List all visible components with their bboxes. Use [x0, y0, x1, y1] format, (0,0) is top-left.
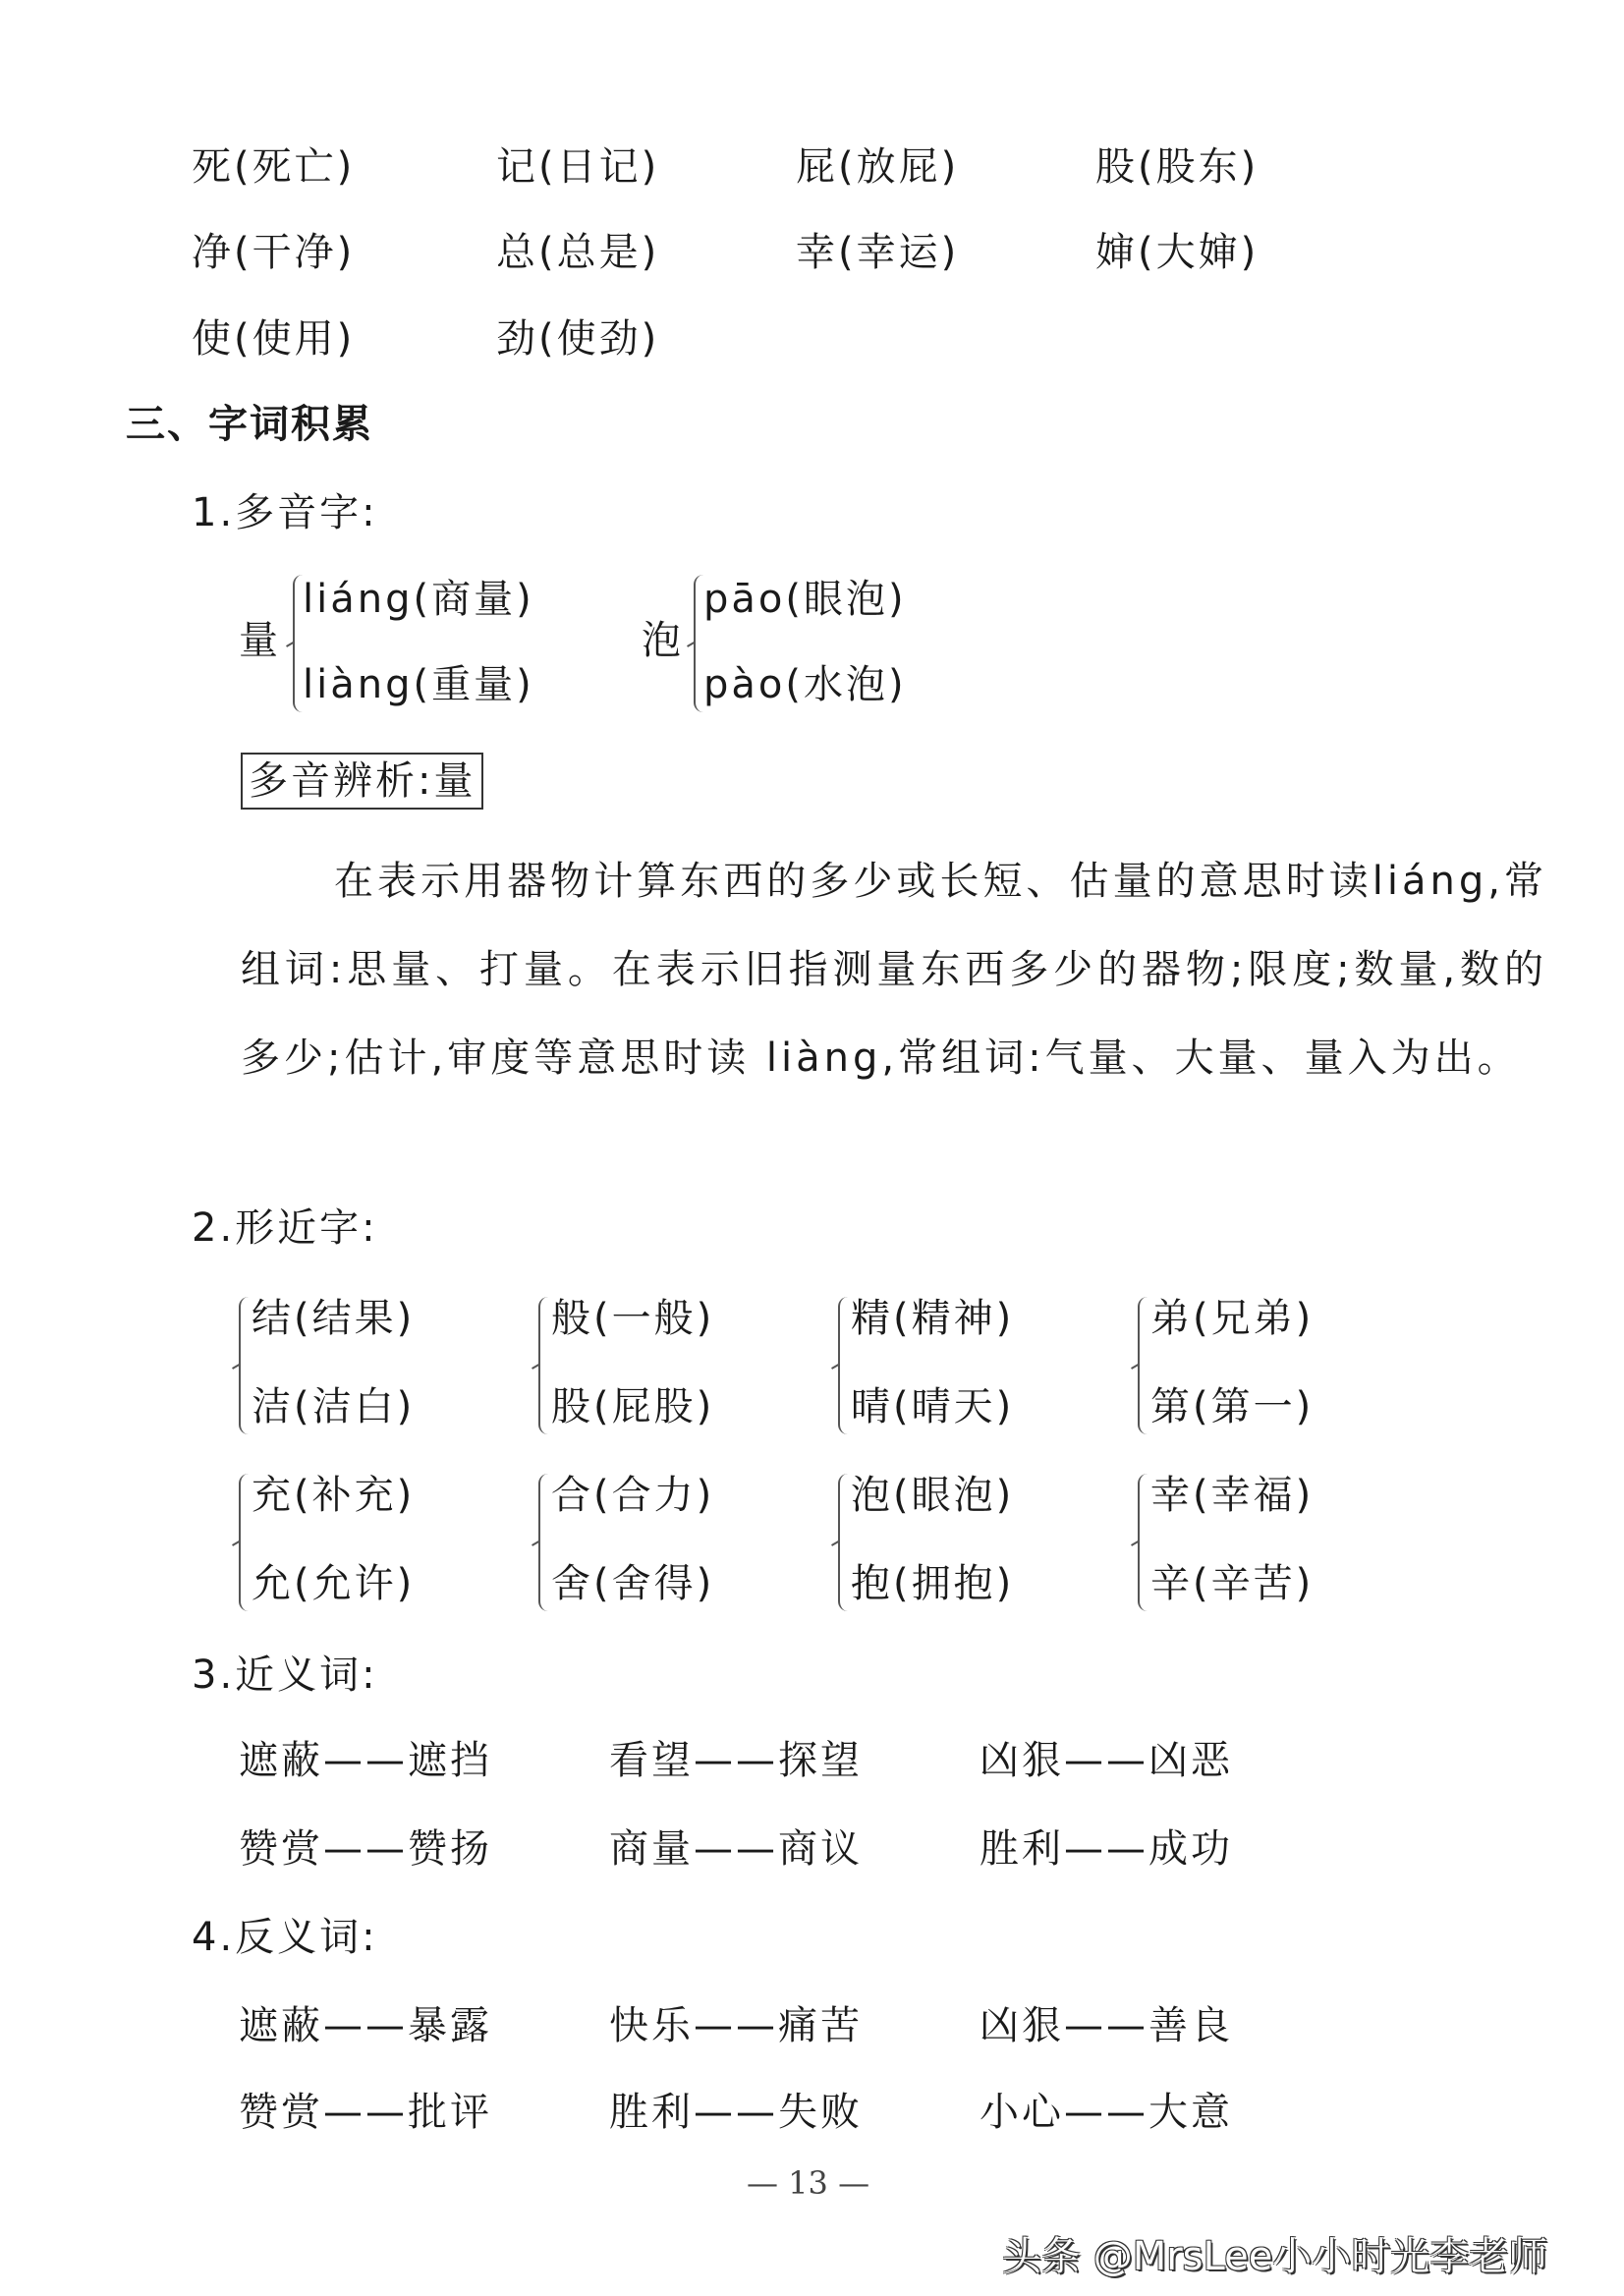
reading: pāo(眼泡)	[703, 576, 907, 623]
word-item: 股(屁股)	[551, 1383, 714, 1430]
brace-icon	[1138, 1297, 1148, 1434]
word-item: 劲(使劲)	[496, 315, 659, 363]
brace-icon	[694, 575, 703, 712]
polyphone-char: 量	[239, 617, 281, 664]
synonym-pair: 赞赏——赞扬	[239, 1825, 492, 1873]
word-item: 泡(眼泡)	[851, 1472, 1014, 1519]
word-item: 般(一般)	[551, 1295, 714, 1342]
subsection-title-polyphone: 1.多音字:	[192, 489, 378, 536]
word-item: 合(合力)	[551, 1472, 714, 1519]
word-item: 使(使用)	[192, 315, 355, 363]
word-item: 屁(放屁)	[796, 143, 959, 191]
antonym-pair: 遮蔽——暴露	[239, 2002, 492, 2049]
word-item: 婶(大婶)	[1095, 229, 1259, 276]
word-item: 净(干净)	[192, 229, 355, 276]
subsection-title-similar: 2.形近字:	[192, 1204, 378, 1252]
watermark: 头条 @MrsLee小小时光李老师	[1002, 2225, 1547, 2281]
antonym-pair: 小心——大意	[980, 2089, 1233, 2136]
word-item: 充(补充)	[252, 1472, 415, 1519]
polyphone-explanation: 在表示用器物计算东西的多少或长短、估量的意思时读liáng,常组词:思量、打量。…	[241, 837, 1547, 1102]
brace-icon	[538, 1474, 548, 1611]
reading: pào(水泡)	[703, 661, 907, 708]
word-item: 洁(洁白)	[252, 1383, 415, 1430]
page-number: — 13 —	[747, 2164, 869, 2202]
reading: liàng(重量)	[303, 661, 534, 708]
section-heading: 三、字词积累	[126, 401, 373, 448]
synonym-pair: 商量——商议	[609, 1825, 863, 1873]
brace-icon	[293, 575, 303, 712]
antonym-pair: 赞赏——批评	[239, 2089, 492, 2136]
subsection-title-antonyms: 4.反义词:	[192, 1914, 378, 1961]
antonym-pair: 胜利——失败	[609, 2089, 863, 2136]
word-item: 幸(幸运)	[796, 229, 959, 276]
word-item: 抱(拥抱)	[851, 1560, 1014, 1607]
word-item: 精(精神)	[851, 1295, 1014, 1342]
subsection-title-synonyms: 3.近义词:	[192, 1652, 378, 1699]
word-item: 记(日记)	[496, 143, 659, 191]
word-item: 幸(幸福)	[1150, 1472, 1314, 1519]
brace-icon	[538, 1297, 548, 1434]
brace-icon	[1138, 1474, 1148, 1611]
word-item: 结(结果)	[252, 1295, 415, 1342]
synonym-pair: 凶狠——凶恶	[980, 1737, 1233, 1784]
brace-icon	[838, 1297, 848, 1434]
word-item: 允(允许)	[252, 1560, 415, 1607]
polyphone-analysis-label: 多音辨析:量	[241, 753, 483, 810]
brace-icon	[838, 1474, 848, 1611]
reading: liáng(商量)	[303, 576, 534, 623]
synonym-pair: 遮蔽——遮挡	[239, 1737, 492, 1784]
polyphone-char: 泡	[642, 617, 684, 664]
word-item: 晴(晴天)	[851, 1383, 1014, 1430]
synonym-pair: 看望——探望	[609, 1737, 863, 1784]
synonym-pair: 胜利——成功	[980, 1825, 1233, 1873]
word-item: 辛(辛苦)	[1150, 1560, 1314, 1607]
brace-icon	[239, 1297, 249, 1434]
word-item: 舍(舍得)	[551, 1560, 714, 1607]
antonym-pair: 快乐——痛苦	[609, 2002, 863, 2049]
word-item: 死(死亡)	[192, 143, 355, 191]
explanation-text: 在表示用器物计算东西的多少或长短、估量的意思时读liáng,常组词:思量、打量。…	[241, 837, 1547, 1102]
word-item: 第(第一)	[1150, 1383, 1314, 1430]
antonym-pair: 凶狠——善良	[980, 2002, 1233, 2049]
word-item: 股(股东)	[1095, 143, 1259, 191]
brace-icon	[239, 1474, 249, 1611]
word-item: 总(总是)	[496, 229, 659, 276]
word-item: 弟(兄弟)	[1150, 1295, 1314, 1342]
